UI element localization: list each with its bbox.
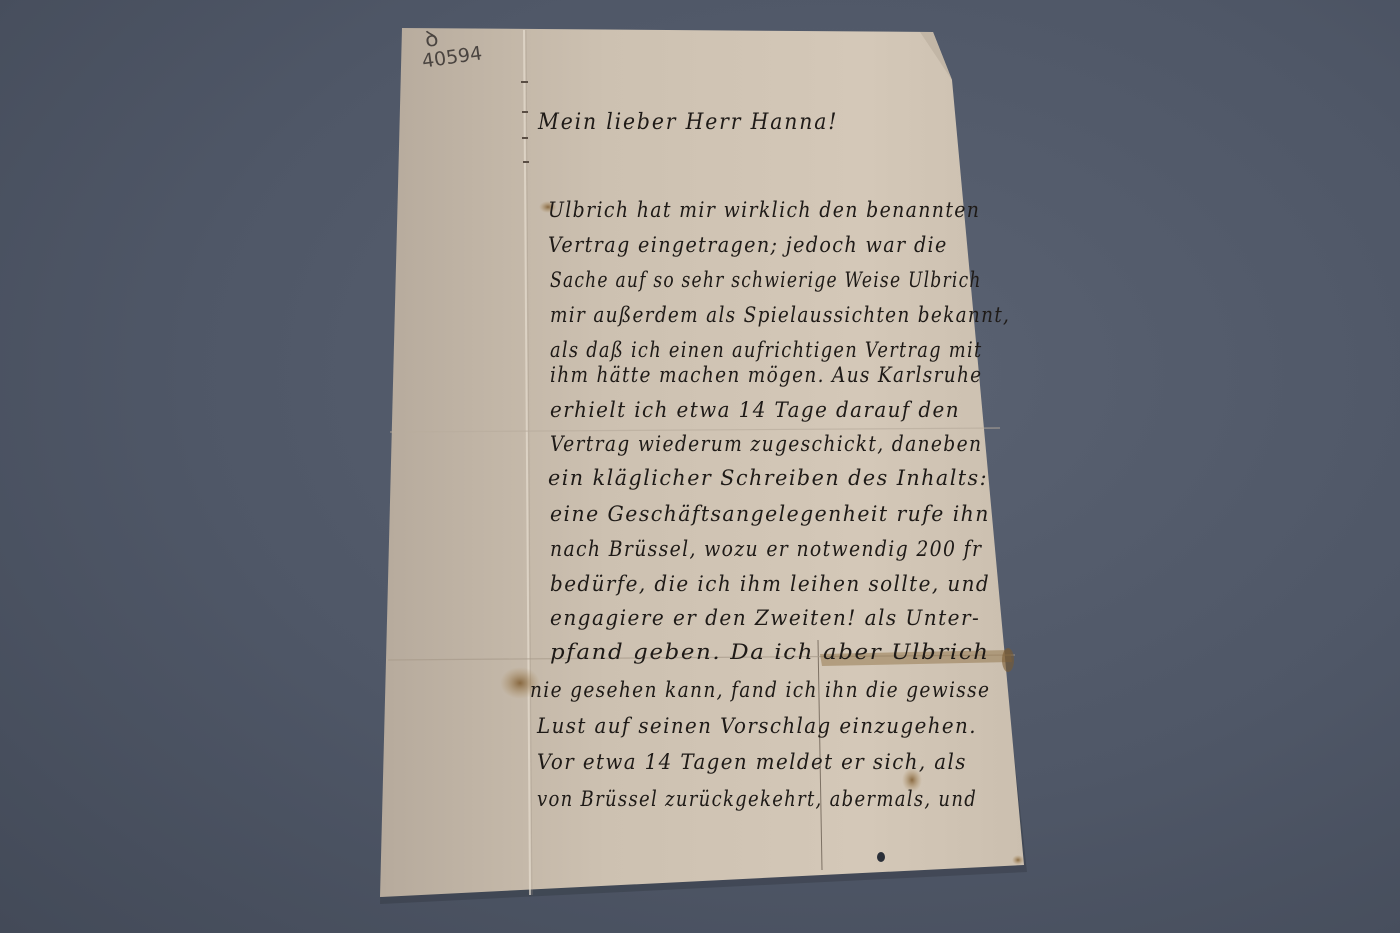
letter-line: nach Brüssel, wozu er notwendig 200 fr bbox=[550, 537, 982, 561]
letter-line: eine Geschäftsangelegenheit rufe ihn bbox=[550, 502, 990, 526]
letter-line: mir außerdem als Spielaussichten bekannt… bbox=[550, 303, 1010, 327]
letter-line: als daß ich einen aufrichtigen Vertrag m… bbox=[550, 338, 982, 362]
letter-body: Ulbrich hat mir wirklich den benannten V… bbox=[0, 0, 1400, 933]
letter-line: ihm hätte machen mögen. Aus Karlsruhe bbox=[550, 363, 982, 387]
letter-line: von Brüssel zurückgekehrt, abermals, und bbox=[537, 787, 977, 811]
letter-line: Lust auf seinen Vorschlag einzugehen. bbox=[537, 714, 977, 738]
letter-line: Vor etwa 14 Tagen meldet er sich, als bbox=[537, 750, 967, 774]
letter-line: Sache auf so sehr schwierige Weise Ulbri… bbox=[550, 268, 982, 292]
letter-line: Vertrag eingetragen; jedoch war die bbox=[548, 233, 948, 257]
letter-line: bedürfe, die ich ihm leihen sollte, und bbox=[550, 572, 990, 596]
letter-line: engagiere er den Zweiten! als Unter- bbox=[550, 606, 980, 630]
letter-line: Ulbrich hat mir wirklich den benannten bbox=[548, 198, 980, 222]
letter-line: erhielt ich etwa 14 Tage darauf den bbox=[550, 398, 960, 422]
letter-line: nie gesehen kann, fand ich ihn die gewis… bbox=[530, 678, 990, 702]
letter-line: ein kläglicher Schreiben des Inhalts: bbox=[548, 466, 988, 490]
letter-line: Vertrag wiederum zugeschickt, daneben bbox=[550, 432, 982, 456]
letter-line: pfand geben. Da ich aber Ulbrich bbox=[550, 640, 990, 664]
